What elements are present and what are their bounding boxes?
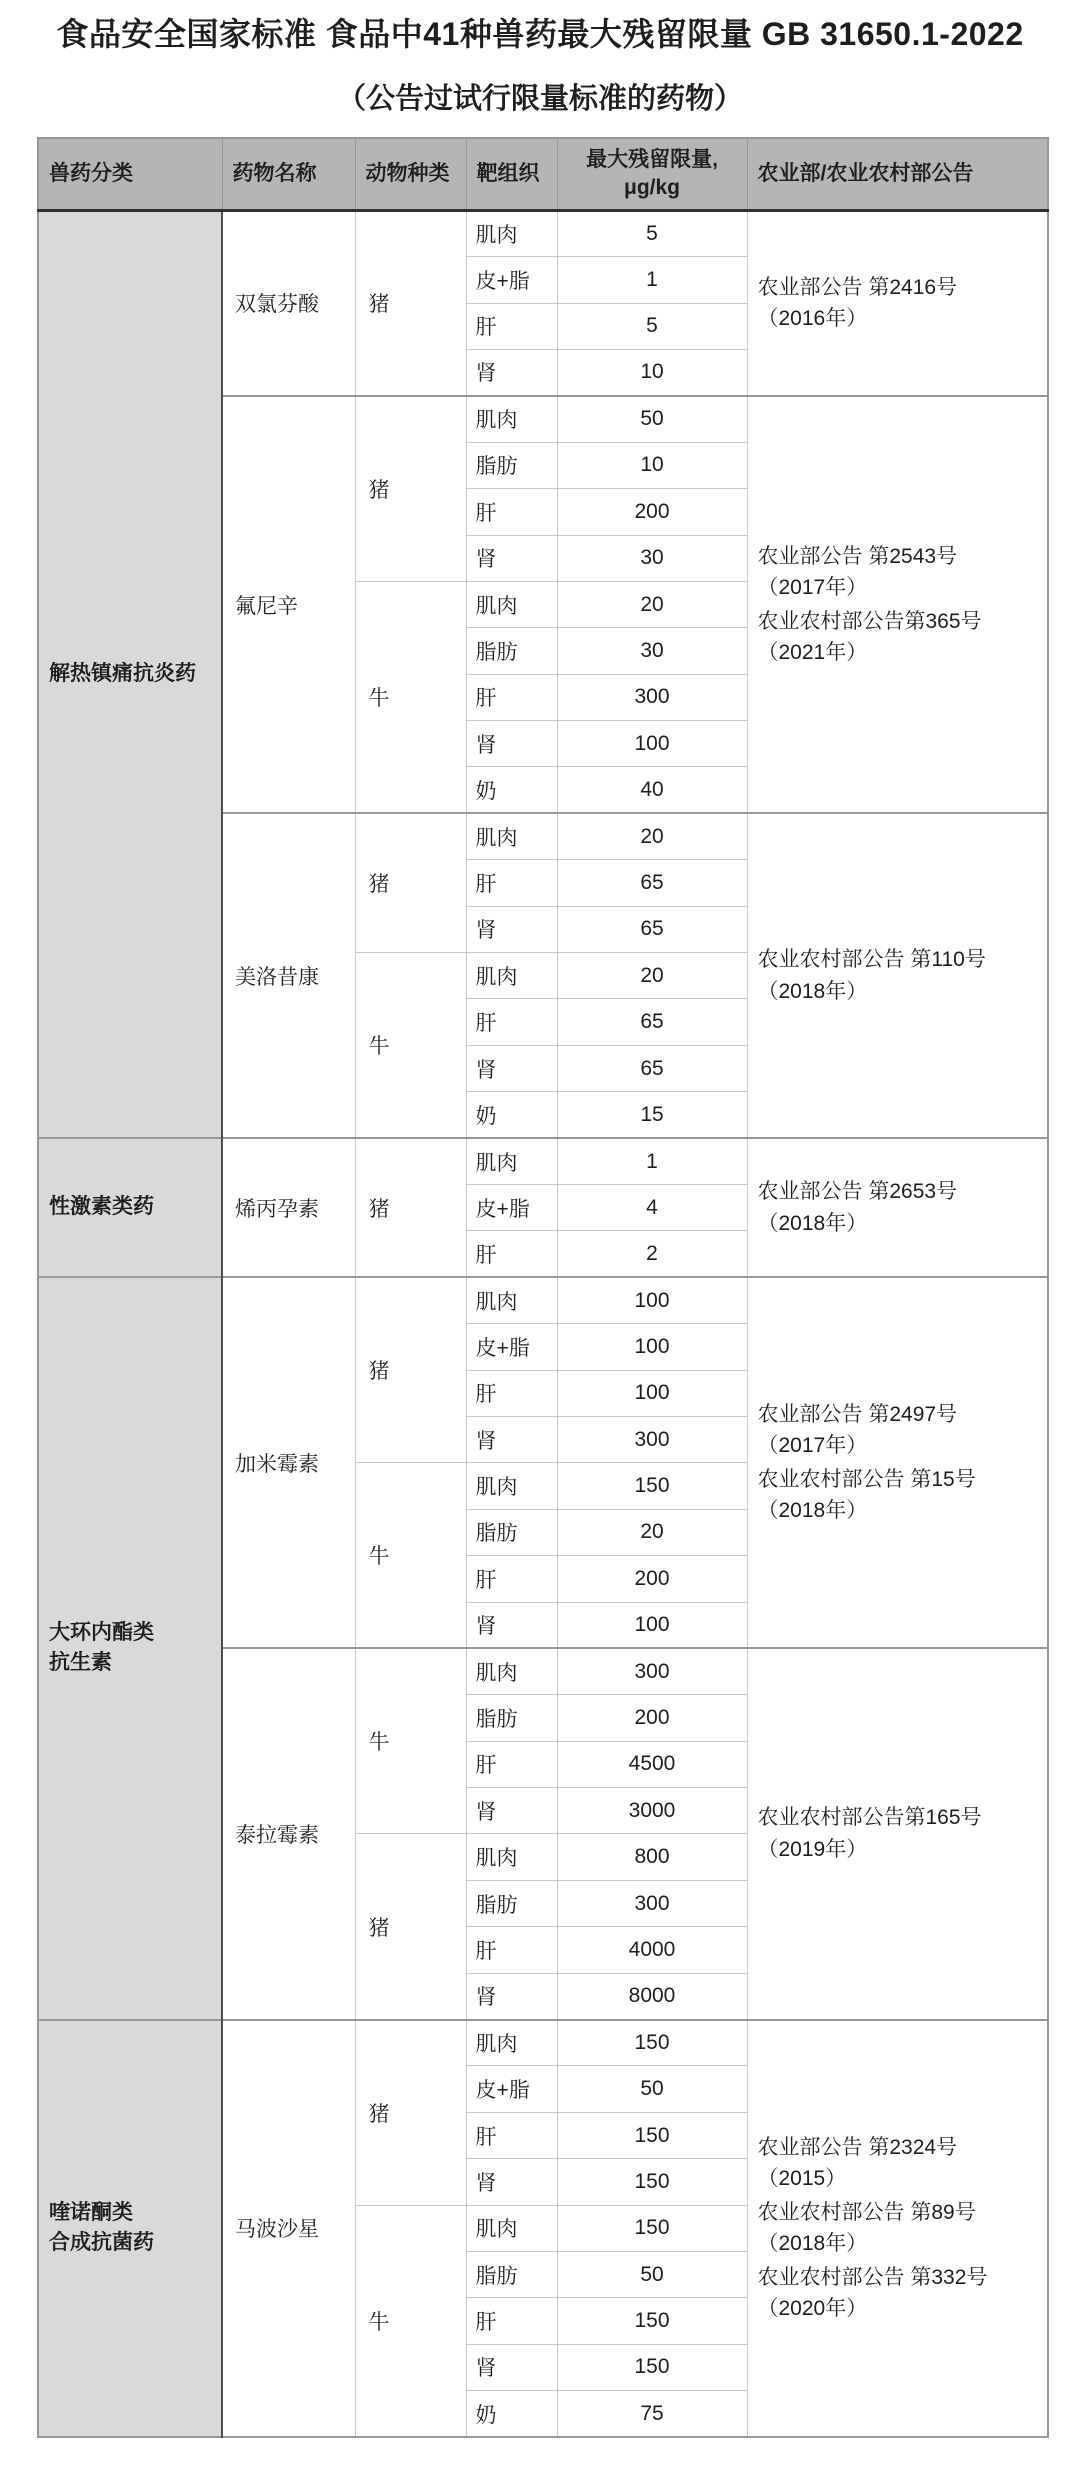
limit-value-cell: 20 <box>557 813 747 859</box>
mrl-table: 兽药分类 药物名称 动物种类 靶组织 最大残留限量, μg/kg 农业部/农业农… <box>37 137 1049 2438</box>
tissue-cell: 肾 <box>466 1416 557 1462</box>
limit-value-cell: 300 <box>557 1880 747 1926</box>
tissue-cell: 肝 <box>466 674 557 720</box>
category-cell: 性激素类药 <box>38 1138 222 1277</box>
species-cell: 猪 <box>355 1138 466 1277</box>
announcement-cell: 农业部公告 第2324号 （2015）农业农村部公告 第89号 （2018年）农… <box>747 2020 1048 2438</box>
tissue-cell: 肾 <box>466 1045 557 1091</box>
table-row: 解热镇痛抗炎药双氯芬酸猪肌肉5农业部公告 第2416号 （2016年） <box>38 210 1048 256</box>
drug-name-cell: 加米霉素 <box>222 1277 355 1648</box>
tissue-cell: 肌肉 <box>466 813 557 859</box>
header-mrl: 最大残留限量, μg/kg <box>557 138 747 211</box>
limit-value-cell: 100 <box>557 1277 747 1323</box>
limit-value-cell: 65 <box>557 999 747 1045</box>
limit-value-cell: 100 <box>557 1370 747 1416</box>
limit-value-cell: 4000 <box>557 1927 747 1973</box>
tissue-cell: 脂肪 <box>466 442 557 488</box>
header-mrl-label: 最大残留限量, <box>586 148 718 171</box>
header-mrl-unit: μg/kg <box>624 176 680 199</box>
tissue-cell: 肝 <box>466 860 557 906</box>
limit-value-cell: 100 <box>557 1602 747 1648</box>
limit-value-cell: 20 <box>557 581 747 627</box>
header-drug-category: 兽药分类 <box>38 138 222 211</box>
tissue-cell: 肌肉 <box>466 953 557 999</box>
drug-name-cell: 双氯芬酸 <box>222 210 355 396</box>
announcement-paragraph: 农业农村部公告 第89号 （2018年） <box>758 2197 1042 2260</box>
header-animal-species: 动物种类 <box>355 138 466 211</box>
species-cell: 猪 <box>355 2020 466 2206</box>
table-row: 大环内酯类 抗生素加米霉素猪肌肉100农业部公告 第2497号 （2017年）农… <box>38 1277 1048 1323</box>
limit-value-cell: 800 <box>557 1834 747 1880</box>
limit-value-cell: 30 <box>557 628 747 674</box>
page: 食品安全国家标准 食品中41种兽药最大残留限量 GB 31650.1-2022 … <box>0 0 1080 2438</box>
limit-value-cell: 200 <box>557 489 747 535</box>
limit-value-cell: 50 <box>557 2066 747 2112</box>
tissue-cell: 肝 <box>466 303 557 349</box>
limit-value-cell: 75 <box>557 2391 747 2437</box>
limit-value-cell: 8000 <box>557 1973 747 2019</box>
tissue-cell: 肾 <box>466 349 557 395</box>
tissue-cell: 肾 <box>466 2344 557 2390</box>
drug-name-cell: 美洛昔康 <box>222 813 355 1138</box>
tissue-cell: 脂肪 <box>466 628 557 674</box>
limit-value-cell: 4 <box>557 1185 747 1231</box>
tissue-cell: 肾 <box>466 2159 557 2205</box>
header-drug-category-label: 兽药分类 <box>49 162 133 185</box>
header-target-tissue-label: 靶组织 <box>477 162 540 185</box>
tissue-cell: 肌肉 <box>466 1138 557 1184</box>
tissue-cell: 奶 <box>466 1092 557 1138</box>
species-cell: 猪 <box>355 210 466 396</box>
limit-value-cell: 300 <box>557 1416 747 1462</box>
tissue-cell: 肌肉 <box>466 581 557 627</box>
announcement-paragraph: 农业部公告 第2497号 （2017年） <box>758 1399 1042 1462</box>
limit-value-cell: 65 <box>557 906 747 952</box>
announcement-cell: 农业部公告 第2653号 （2018年） <box>747 1138 1048 1277</box>
limit-value-cell: 50 <box>557 396 747 442</box>
drug-name-cell: 氟尼辛 <box>222 396 355 814</box>
announcement-cell: 农业部公告 第2497号 （2017年）农业农村部公告 第15号 （2018年） <box>747 1277 1048 1648</box>
tissue-cell: 肾 <box>466 535 557 581</box>
page-subtitle: （公告过试行限量标准的药物） <box>0 82 1080 117</box>
announcement-paragraph: 农业农村部公告第365号 （2021年） <box>758 606 1042 669</box>
announcement-paragraph: 农业部公告 第2543号 （2017年） <box>758 541 1042 604</box>
tissue-cell: 肌肉 <box>466 210 557 256</box>
limit-value-cell: 300 <box>557 674 747 720</box>
header-announcement: 农业部/农业农村部公告 <box>747 138 1048 211</box>
announcement-paragraph: 农业农村部公告 第110号 （2018年） <box>758 944 1042 1007</box>
tissue-cell: 肾 <box>466 721 557 767</box>
announcement-cell: 农业部公告 第2416号 （2016年） <box>747 210 1048 396</box>
limit-value-cell: 150 <box>557 2020 747 2066</box>
header-drug-name-label: 药物名称 <box>233 162 317 185</box>
tissue-cell: 肾 <box>466 906 557 952</box>
tissue-cell: 肝 <box>466 1231 557 1277</box>
species-cell: 猪 <box>355 396 466 582</box>
tissue-cell: 皮+脂 <box>466 1185 557 1231</box>
species-cell: 牛 <box>355 581 466 813</box>
announcement-paragraph: 农业农村部公告第165号 （2019年） <box>758 1802 1042 1865</box>
limit-value-cell: 10 <box>557 442 747 488</box>
tissue-cell: 皮+脂 <box>466 257 557 303</box>
species-cell: 牛 <box>355 1463 466 1649</box>
species-cell: 猪 <box>355 1277 466 1463</box>
limit-value-cell: 100 <box>557 721 747 767</box>
tissue-cell: 肝 <box>466 2298 557 2344</box>
announcement-paragraph: 农业农村部公告 第15号 （2018年） <box>758 1464 1042 1527</box>
species-cell: 猪 <box>355 1834 466 2020</box>
announcement-paragraph: 农业部公告 第2416号 （2016年） <box>758 272 1042 335</box>
tissue-cell: 肝 <box>466 489 557 535</box>
header-animal-species-label: 动物种类 <box>366 162 450 185</box>
announcement-cell: 农业农村部公告 第110号 （2018年） <box>747 813 1048 1138</box>
tissue-cell: 皮+脂 <box>466 2066 557 2112</box>
tissue-cell: 肝 <box>466 1370 557 1416</box>
limit-value-cell: 65 <box>557 860 747 906</box>
drug-name-cell: 马波沙星 <box>222 2020 355 2438</box>
tissue-cell: 奶 <box>466 767 557 813</box>
announcement-paragraph: 农业部公告 第2324号 （2015） <box>758 2132 1042 2195</box>
tissue-cell: 肝 <box>466 1556 557 1602</box>
limit-value-cell: 10 <box>557 349 747 395</box>
limit-value-cell: 1 <box>557 257 747 303</box>
limit-value-cell: 100 <box>557 1324 747 1370</box>
header-drug-name: 药物名称 <box>222 138 355 211</box>
limit-value-cell: 150 <box>557 1463 747 1509</box>
tissue-cell: 肝 <box>466 1927 557 1973</box>
limit-value-cell: 2 <box>557 1231 747 1277</box>
tissue-cell: 肌肉 <box>466 2020 557 2066</box>
limit-value-cell: 30 <box>557 535 747 581</box>
tissue-cell: 肝 <box>466 1741 557 1787</box>
limit-value-cell: 5 <box>557 303 747 349</box>
tissue-cell: 奶 <box>466 2391 557 2437</box>
tissue-cell: 肌肉 <box>466 396 557 442</box>
species-cell: 猪 <box>355 813 466 952</box>
limit-value-cell: 3000 <box>557 1788 747 1834</box>
table-row: 性激素类药烯丙孕素猪肌肉1农业部公告 第2653号 （2018年） <box>38 1138 1048 1184</box>
limit-value-cell: 1 <box>557 1138 747 1184</box>
category-cell: 解热镇痛抗炎药 <box>38 210 222 1138</box>
tissue-cell: 肌肉 <box>466 1277 557 1323</box>
announcement-cell: 农业部公告 第2543号 （2017年）农业农村部公告第365号 （2021年） <box>747 396 1048 814</box>
header-target-tissue: 靶组织 <box>466 138 557 211</box>
limit-value-cell: 200 <box>557 1695 747 1741</box>
table-header: 兽药分类 药物名称 动物种类 靶组织 最大残留限量, μg/kg 农业部/农业农… <box>38 138 1048 211</box>
tissue-cell: 肝 <box>466 999 557 1045</box>
limit-value-cell: 40 <box>557 767 747 813</box>
tissue-cell: 脂肪 <box>466 2251 557 2297</box>
limit-value-cell: 150 <box>557 2112 747 2158</box>
limit-value-cell: 5 <box>557 210 747 256</box>
limit-value-cell: 150 <box>557 2298 747 2344</box>
table-body: 解热镇痛抗炎药双氯芬酸猪肌肉5农业部公告 第2416号 （2016年）皮+脂1肝… <box>38 210 1048 2437</box>
limit-value-cell: 65 <box>557 1045 747 1091</box>
tissue-cell: 肌肉 <box>466 1463 557 1509</box>
tissue-cell: 脂肪 <box>466 1880 557 1926</box>
limit-value-cell: 50 <box>557 2251 747 2297</box>
drug-name-cell: 泰拉霉素 <box>222 1648 355 2019</box>
limit-value-cell: 200 <box>557 1556 747 1602</box>
announcement-cell: 农业农村部公告第165号 （2019年） <box>747 1648 1048 2019</box>
announcement-paragraph: 农业农村部公告 第332号 （2020年） <box>758 2262 1042 2325</box>
tissue-cell: 皮+脂 <box>466 1324 557 1370</box>
header-announcement-label: 农业部/农业农村部公告 <box>758 162 974 185</box>
limit-value-cell: 20 <box>557 1509 747 1555</box>
species-cell: 牛 <box>355 953 466 1139</box>
page-title: 食品安全国家标准 食品中41种兽药最大残留限量 GB 31650.1-2022 <box>20 14 1060 54</box>
limit-value-cell: 300 <box>557 1648 747 1694</box>
species-cell: 牛 <box>355 1648 466 1834</box>
category-cell: 大环内酯类 抗生素 <box>38 1277 222 2019</box>
limit-value-cell: 150 <box>557 2205 747 2251</box>
tissue-cell: 脂肪 <box>466 1695 557 1741</box>
tissue-cell: 肾 <box>466 1788 557 1834</box>
drug-name-cell: 烯丙孕素 <box>222 1138 355 1277</box>
limit-value-cell: 20 <box>557 953 747 999</box>
tissue-cell: 肾 <box>466 1602 557 1648</box>
tissue-cell: 肌肉 <box>466 1648 557 1694</box>
limit-value-cell: 150 <box>557 2344 747 2390</box>
category-cell: 喹诺酮类 合成抗菌药 <box>38 2020 222 2438</box>
table-header-row: 兽药分类 药物名称 动物种类 靶组织 最大残留限量, μg/kg 农业部/农业农… <box>38 138 1048 211</box>
tissue-cell: 脂肪 <box>466 1509 557 1555</box>
limit-value-cell: 4500 <box>557 1741 747 1787</box>
tissue-cell: 肌肉 <box>466 2205 557 2251</box>
tissue-cell: 肾 <box>466 1973 557 2019</box>
table-row: 喹诺酮类 合成抗菌药马波沙星猪肌肉150农业部公告 第2324号 （2015）农… <box>38 2020 1048 2066</box>
tissue-cell: 肝 <box>466 2112 557 2158</box>
limit-value-cell: 150 <box>557 2159 747 2205</box>
limit-value-cell: 15 <box>557 1092 747 1138</box>
tissue-cell: 肌肉 <box>466 1834 557 1880</box>
announcement-paragraph: 农业部公告 第2653号 （2018年） <box>758 1176 1042 1239</box>
species-cell: 牛 <box>355 2205 466 2437</box>
